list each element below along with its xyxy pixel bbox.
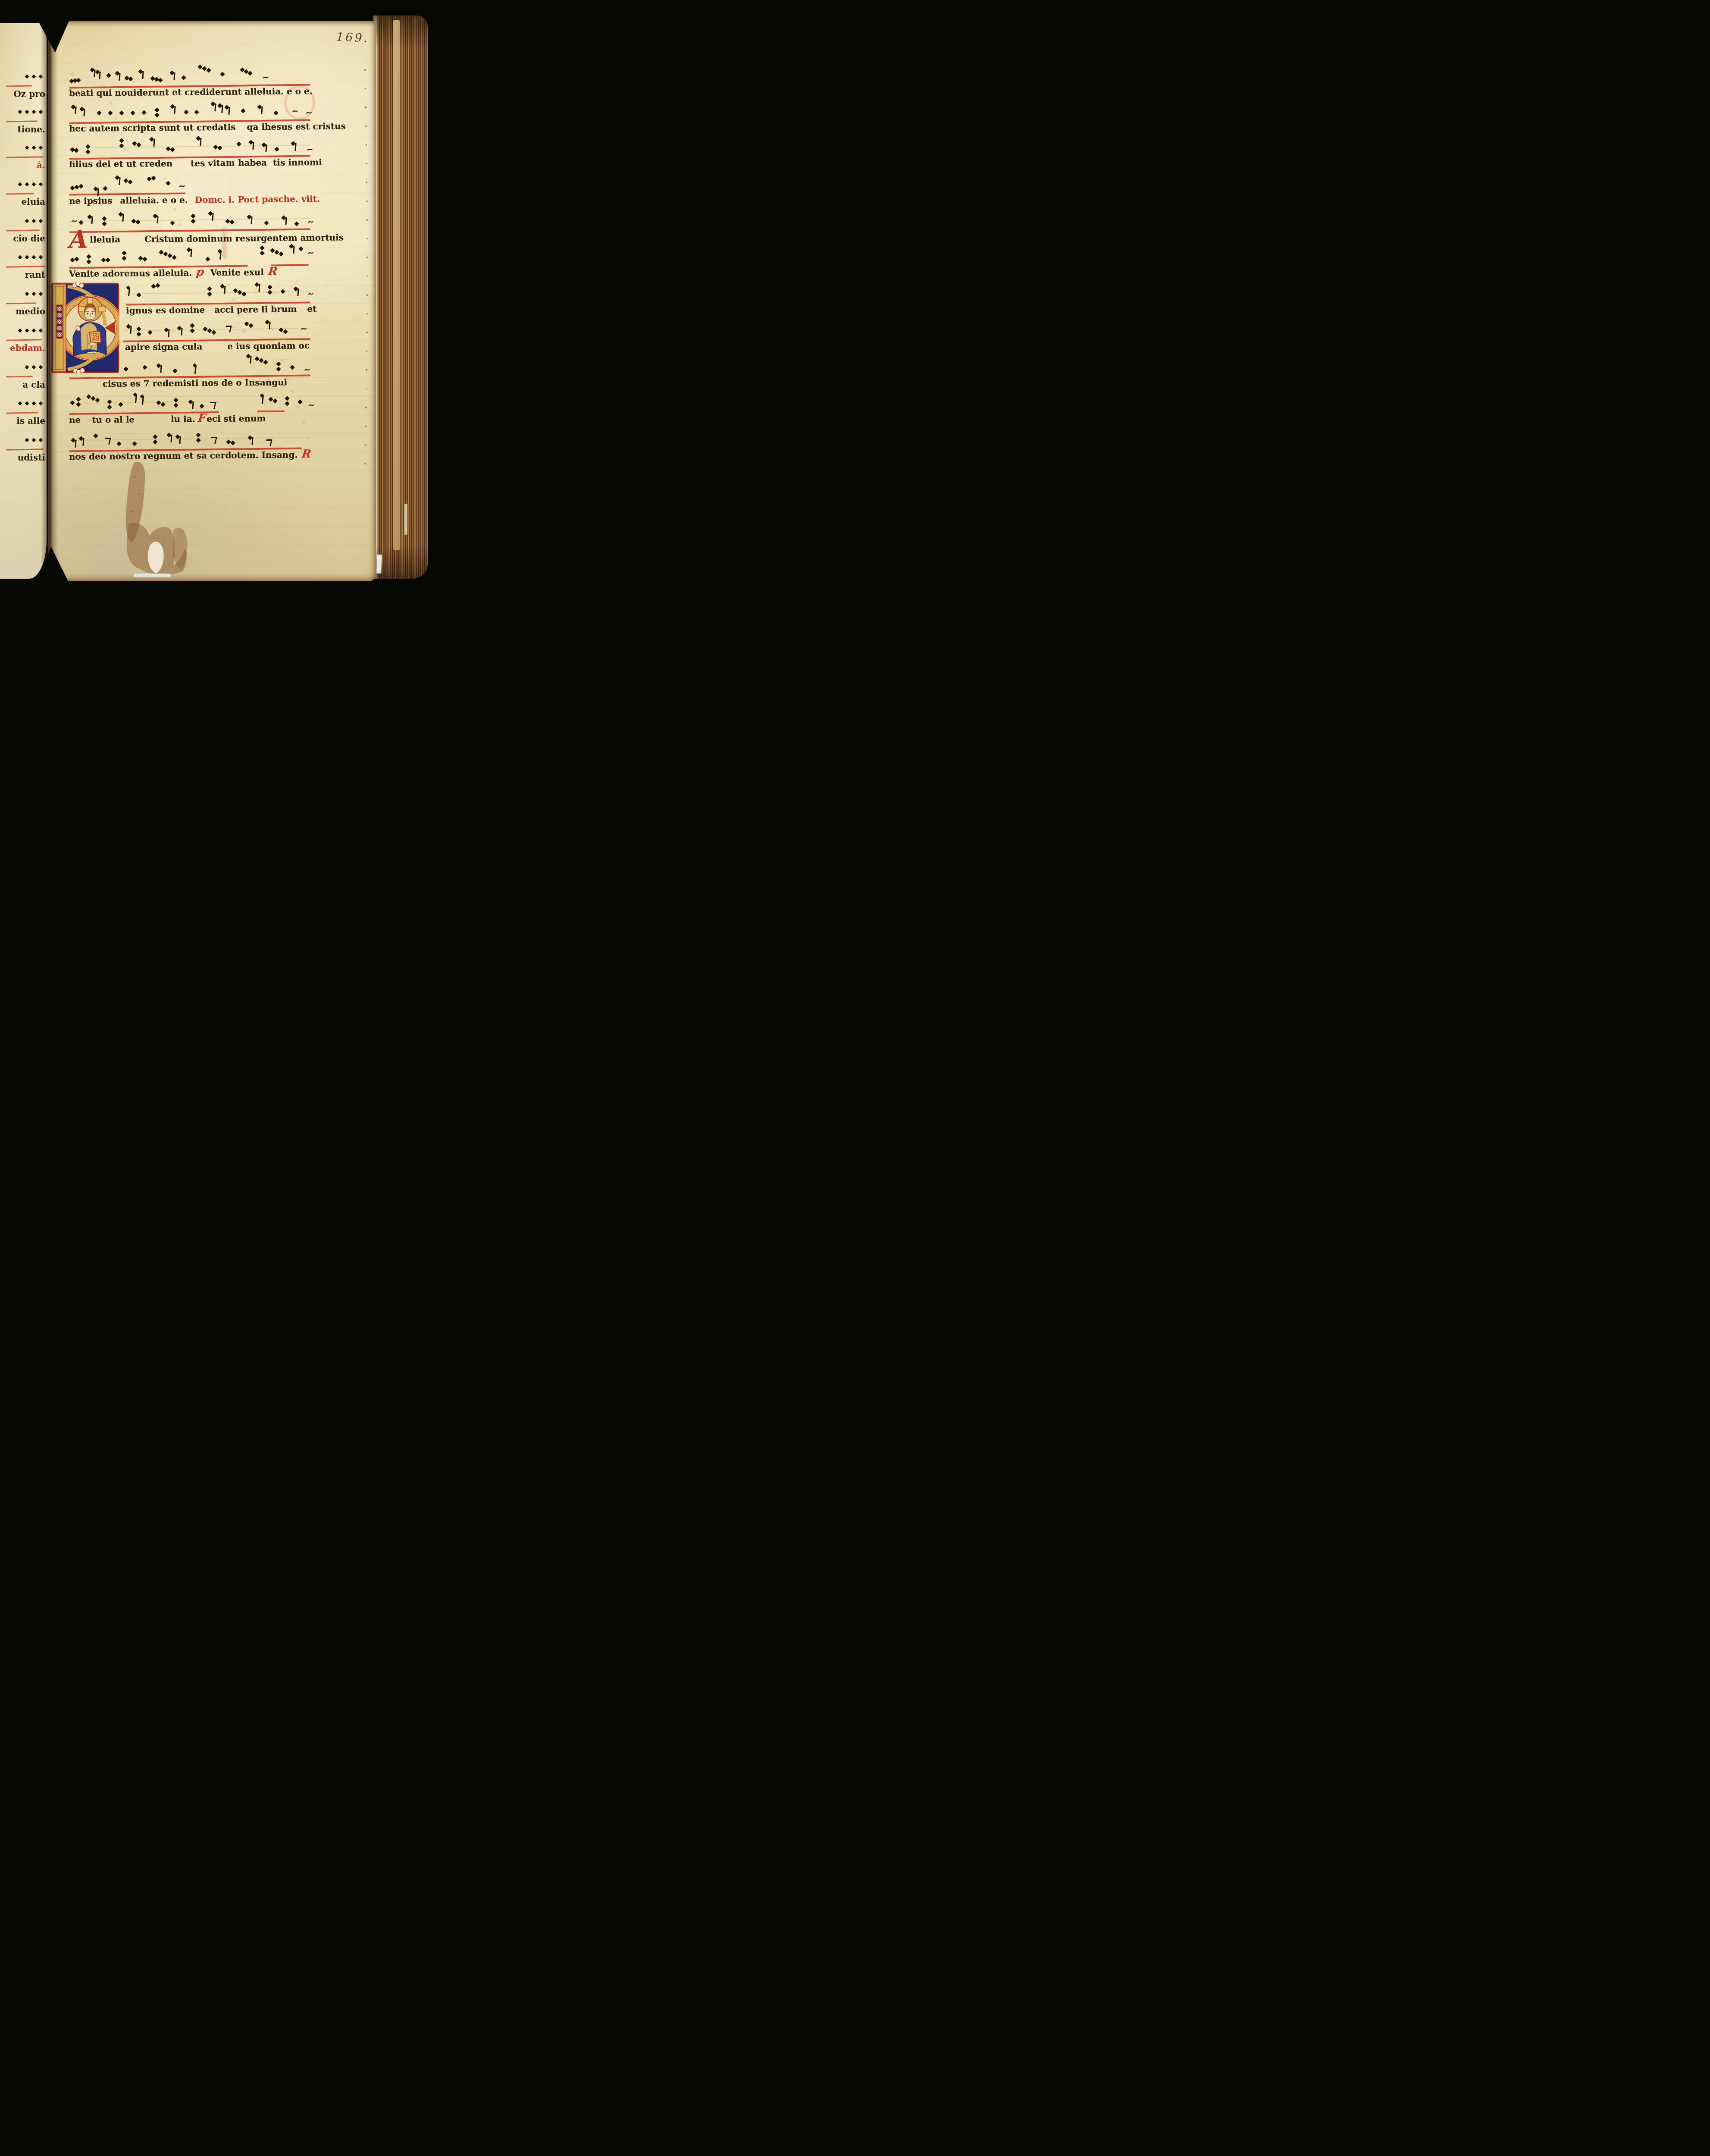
neume-d: [158, 78, 163, 82]
neume-d: [205, 257, 210, 261]
lyric-text: R: [302, 452, 312, 456]
neume-d: [220, 72, 225, 76]
neume-g: [108, 400, 112, 410]
neume-d: [132, 141, 137, 146]
neume-d: [74, 185, 79, 189]
neume-d: [76, 78, 81, 82]
neume-d: [18, 329, 22, 333]
neume-d: [128, 76, 133, 81]
pricking-hole: [366, 257, 368, 258]
neume-d: [25, 401, 29, 406]
parchment-stain: [109, 460, 208, 586]
pricking-hole: [366, 144, 367, 146]
neume-d: [248, 323, 253, 328]
neume-w: ~: [307, 219, 315, 224]
page-number: 169.: [336, 30, 370, 45]
neume-d: [25, 75, 29, 79]
neume-d: [32, 146, 36, 150]
pricking-hole: [365, 426, 366, 427]
neume-d: [95, 398, 100, 402]
neume-d: [147, 176, 151, 181]
lyric-text: Venite exul: [210, 267, 264, 278]
neume-d: [263, 360, 268, 364]
sliver-neume-dots: [25, 75, 42, 78]
neume-d: [39, 146, 43, 150]
neume-v: [248, 436, 253, 446]
neume-g: [260, 246, 264, 256]
neume-g: [277, 362, 281, 372]
white-page-tab: [376, 555, 382, 573]
neume-d: [25, 365, 29, 370]
neume-d: [206, 68, 211, 72]
neume-d: [74, 257, 79, 261]
neume-d: [194, 110, 199, 114]
neume-d: [170, 147, 175, 152]
neume-v: [294, 287, 299, 298]
neume-d: [32, 292, 36, 296]
sliver-neume-dots: [19, 256, 42, 259]
neume-d: [39, 365, 43, 370]
lyric-text: eci sti enum: [207, 413, 266, 424]
sliver-stave-fragment: [6, 156, 43, 158]
neume-d: [70, 400, 75, 405]
neume-c: [210, 437, 217, 444]
sliver-text-fragment: a cla: [22, 379, 45, 390]
neume-v: [211, 102, 216, 113]
neume-v: [266, 320, 270, 331]
pricking-hole: [366, 182, 368, 183]
neume-g: [86, 145, 90, 155]
neume-d: [18, 110, 22, 114]
pricking-hole: [365, 444, 366, 446]
neume-d: [141, 110, 146, 115]
pricking-hole: [364, 69, 366, 71]
neume-v: [249, 141, 254, 151]
neume-d: [264, 220, 269, 225]
neume-t: [262, 395, 264, 404]
stain-shape-icon: [109, 460, 208, 586]
neume-d: [25, 110, 29, 114]
neume-d: [172, 368, 177, 373]
manuscript-photo: Oz protione.á.eluiacio dierantmedioebdam…: [0, 0, 428, 586]
neume-d: [151, 175, 156, 180]
sliver-text-fragment: rant: [25, 269, 45, 280]
neume-v: [165, 328, 169, 338]
sliver-neume-dots: [19, 110, 42, 113]
neume-v: [116, 72, 120, 82]
neume-d: [123, 367, 128, 371]
neume-d: [103, 186, 107, 191]
neume-d: [18, 255, 22, 260]
neume-v: [291, 142, 296, 152]
neume-v: [167, 433, 172, 444]
neume-d: [142, 257, 147, 261]
neume-t: [128, 287, 130, 296]
neume-d: [39, 401, 43, 406]
neume-d: [108, 110, 113, 115]
neume-d: [226, 439, 231, 444]
pricking-hole: [366, 351, 368, 352]
neume-v: [88, 215, 93, 226]
sliver-text-fragment: tione.: [18, 124, 45, 135]
neume-c: [209, 402, 216, 409]
pricking-hole: [365, 88, 366, 90]
neume-d: [25, 292, 29, 296]
neume-w: ~: [291, 108, 299, 113]
pricking-hole: [364, 463, 366, 465]
neume-d: [25, 219, 29, 223]
pricking-hole: [366, 313, 368, 315]
neume-d: [32, 75, 36, 79]
neume-v: [247, 354, 251, 365]
neume-d: [32, 329, 36, 333]
lyric-text: R: [268, 269, 278, 274]
neume-v: [197, 137, 201, 147]
neume-t: [219, 251, 222, 260]
neume-v: [209, 212, 213, 222]
neume-d: [119, 110, 124, 115]
neume-v: [96, 70, 100, 81]
neume-g: [191, 324, 194, 334]
neume-g: [285, 397, 289, 407]
neume-d: [18, 401, 22, 406]
neume-g: [153, 435, 157, 445]
sliver-stave-fragment: [6, 412, 38, 414]
neume-v: [91, 68, 95, 78]
sliver-text-fragment: cio die: [13, 233, 45, 244]
stave-yellow-line: [69, 145, 310, 149]
pricking-hole: [365, 107, 366, 108]
neume-d: [298, 246, 303, 251]
neume-v: [189, 400, 194, 411]
neume-d: [280, 289, 285, 294]
neume-d: [274, 147, 279, 151]
white-page-sliver: [404, 504, 407, 535]
sliver-text-fragment: eluia: [22, 197, 45, 207]
pricking-hole: [366, 219, 368, 221]
neume-v: [218, 104, 223, 114]
neume-d: [290, 365, 294, 370]
lyric-text: tes vitam habea: [191, 157, 267, 169]
neume-d: [32, 255, 36, 260]
neume-d: [166, 181, 170, 185]
neume-w: ~: [308, 402, 316, 407]
neume-d: [142, 365, 147, 370]
neume-d: [32, 110, 36, 114]
neume-d: [97, 110, 101, 115]
stave-yellow-line: [69, 401, 219, 404]
neume-w: ~: [262, 75, 270, 80]
neume-v: [247, 215, 252, 226]
neume-d: [199, 404, 204, 408]
sliver-stave-fragment: [6, 302, 36, 304]
neume-w: ~: [307, 250, 315, 255]
neume-v: [157, 364, 162, 374]
neume-d: [39, 292, 43, 296]
christ-initial-icon: [50, 282, 119, 373]
neume-d: [172, 255, 176, 260]
pricking-hole: [366, 238, 368, 240]
neume-d: [181, 75, 186, 80]
neume-w: ~: [304, 367, 311, 372]
neume-g: [268, 285, 272, 295]
neume-d: [151, 284, 156, 288]
neume-c: [224, 326, 232, 332]
neume-g: [77, 398, 81, 407]
neume-g: [122, 251, 126, 261]
neume-v: [80, 107, 85, 118]
neume-d: [229, 219, 234, 224]
neume-v: [79, 437, 84, 447]
sliver-neume-dots: [19, 402, 42, 405]
neume-d: [39, 75, 43, 79]
neume-v: [116, 176, 120, 186]
pricking-hole: [365, 125, 367, 127]
neume-v: [72, 439, 76, 449]
neume-d: [241, 108, 245, 113]
pricking-hole: [366, 388, 367, 390]
sliver-text-fragment: is alle: [16, 416, 45, 426]
lyric-text: et: [307, 304, 316, 314]
neume-t: [142, 396, 144, 405]
neume-d: [39, 329, 43, 333]
pricking-hole: [366, 201, 368, 202]
pricking-hole: [366, 369, 367, 371]
neume-c: [265, 439, 272, 446]
stave-red-dash: [257, 411, 285, 412]
fore-edge-highlight: [393, 20, 400, 550]
neume-d: [25, 329, 29, 333]
neume-d: [170, 220, 175, 225]
neume-d: [39, 255, 43, 260]
sliver-text-fragment: Oz pro: [13, 89, 45, 99]
neume-w: ~: [179, 183, 186, 188]
lyric-text: tis innomi: [273, 157, 322, 168]
lyric-text: p: [196, 270, 205, 274]
neume-t: [194, 365, 197, 374]
neume-d: [213, 144, 218, 149]
neume-g: [174, 398, 178, 408]
neume-d: [273, 110, 278, 115]
sliver-text-fragment: udisti: [18, 452, 45, 463]
neume-v: [282, 216, 287, 226]
neume-d: [128, 179, 132, 184]
neume-d: [147, 330, 152, 335]
neume-c: [103, 438, 111, 445]
neume-d: [184, 110, 188, 114]
neume-w: ~: [71, 218, 78, 223]
neume-v: [258, 105, 263, 116]
sliver-neume-dots: [25, 146, 42, 149]
pricking-hole: [365, 407, 367, 408]
neume-d: [155, 283, 160, 288]
neume-d: [32, 182, 36, 187]
neume-d: [70, 257, 75, 262]
neume-d: [130, 110, 135, 115]
neume-d: [298, 399, 302, 404]
sliver-stave-fragment: [6, 120, 38, 122]
neume-d: [160, 402, 165, 407]
neume-w: ~: [306, 147, 314, 152]
sliver-stave-fragment: [6, 229, 40, 231]
neume-d: [294, 221, 299, 226]
neume-v: [153, 214, 158, 225]
neume-v: [255, 283, 260, 293]
pricking-hole: [366, 276, 368, 277]
neume-d: [131, 219, 136, 223]
sliver-stave-fragment: [6, 376, 33, 377]
neume-d: [116, 441, 121, 446]
sliver-stave-fragment: [6, 193, 34, 194]
neume-w: ~: [300, 326, 308, 331]
neume-g: [197, 433, 200, 443]
neume-v: [221, 285, 225, 295]
neume-d: [39, 110, 43, 114]
sliver-stave-fragment: [6, 266, 45, 268]
sliver-stave-fragment: [6, 448, 44, 451]
lyric-text: Domc. i. Poct pasche. viit.: [195, 194, 320, 205]
neume-d: [25, 182, 29, 187]
pricking-hole: [366, 332, 368, 333]
neume-d: [32, 365, 36, 370]
neume-d: [105, 257, 110, 262]
neume-v: [119, 213, 124, 223]
pricking-hole: [366, 294, 368, 296]
sliver-stave-fragment: [6, 85, 32, 87]
sliver-stave-fragment: [6, 339, 42, 341]
neume-g: [87, 255, 91, 265]
neume-d: [25, 438, 29, 442]
neume-d: [283, 329, 288, 334]
neume-d: [123, 178, 128, 183]
neume-d: [25, 255, 29, 260]
neume-d: [211, 330, 216, 335]
sliver-neume-dots: [25, 219, 42, 222]
neume-v: [225, 106, 230, 116]
neume-d: [70, 185, 75, 190]
neume-d: [74, 148, 78, 153]
neume-v: [176, 435, 181, 445]
neume-d: [39, 182, 43, 187]
neume-g: [208, 287, 212, 297]
sliver-neume-dots: [19, 183, 42, 186]
neume-v: [127, 325, 132, 335]
sliver-neume-dots: [19, 329, 42, 332]
neume-d: [39, 438, 43, 442]
neume-v: [178, 326, 182, 337]
neume-v: [262, 143, 267, 154]
sliver-neume-dots: [25, 366, 42, 369]
lyric-text: F: [197, 416, 206, 420]
neume-d: [230, 440, 235, 445]
neume-d: [78, 184, 83, 188]
pricking-hole: [366, 163, 367, 165]
facing-page-sliver: Oz protione.á.eluiacio dierantmedioebdam…: [0, 23, 47, 579]
sliver-neume-dots: [25, 439, 42, 442]
neume-v: [290, 244, 294, 255]
neume-g: [155, 108, 159, 118]
neume-d: [106, 73, 111, 78]
neume-v: [171, 105, 175, 115]
neume-d: [132, 441, 137, 446]
neume-d: [32, 438, 36, 442]
sliver-text-fragment: ebdam.: [10, 343, 45, 353]
neume-d: [272, 398, 277, 403]
neume-d: [138, 256, 143, 260]
sliver-text-fragment: medio: [16, 306, 45, 317]
neume-d: [32, 401, 36, 406]
neume-v: [72, 105, 76, 116]
neume-g: [103, 217, 106, 227]
neume-g: [137, 327, 141, 337]
neume-g: [120, 139, 124, 149]
neume-d: [279, 251, 283, 256]
illuminated-initial-christ: [50, 282, 119, 373]
neume-v: [170, 71, 175, 81]
neume-d: [39, 219, 43, 223]
manuscript-page: 169. ~beati qui nouiderunt et crediderun…: [48, 21, 376, 581]
neume-w: ~: [307, 291, 315, 296]
book-fore-edge-pages: [373, 16, 428, 579]
neume-d: [32, 219, 36, 223]
neume-v: [139, 70, 144, 80]
neume-w: ~: [305, 110, 313, 115]
sliver-text-fragment: á.: [37, 160, 45, 170]
neume-d: [18, 182, 22, 187]
sliver-neume-dots: [25, 292, 42, 295]
neume-d: [25, 146, 29, 150]
neume-g: [191, 214, 195, 224]
